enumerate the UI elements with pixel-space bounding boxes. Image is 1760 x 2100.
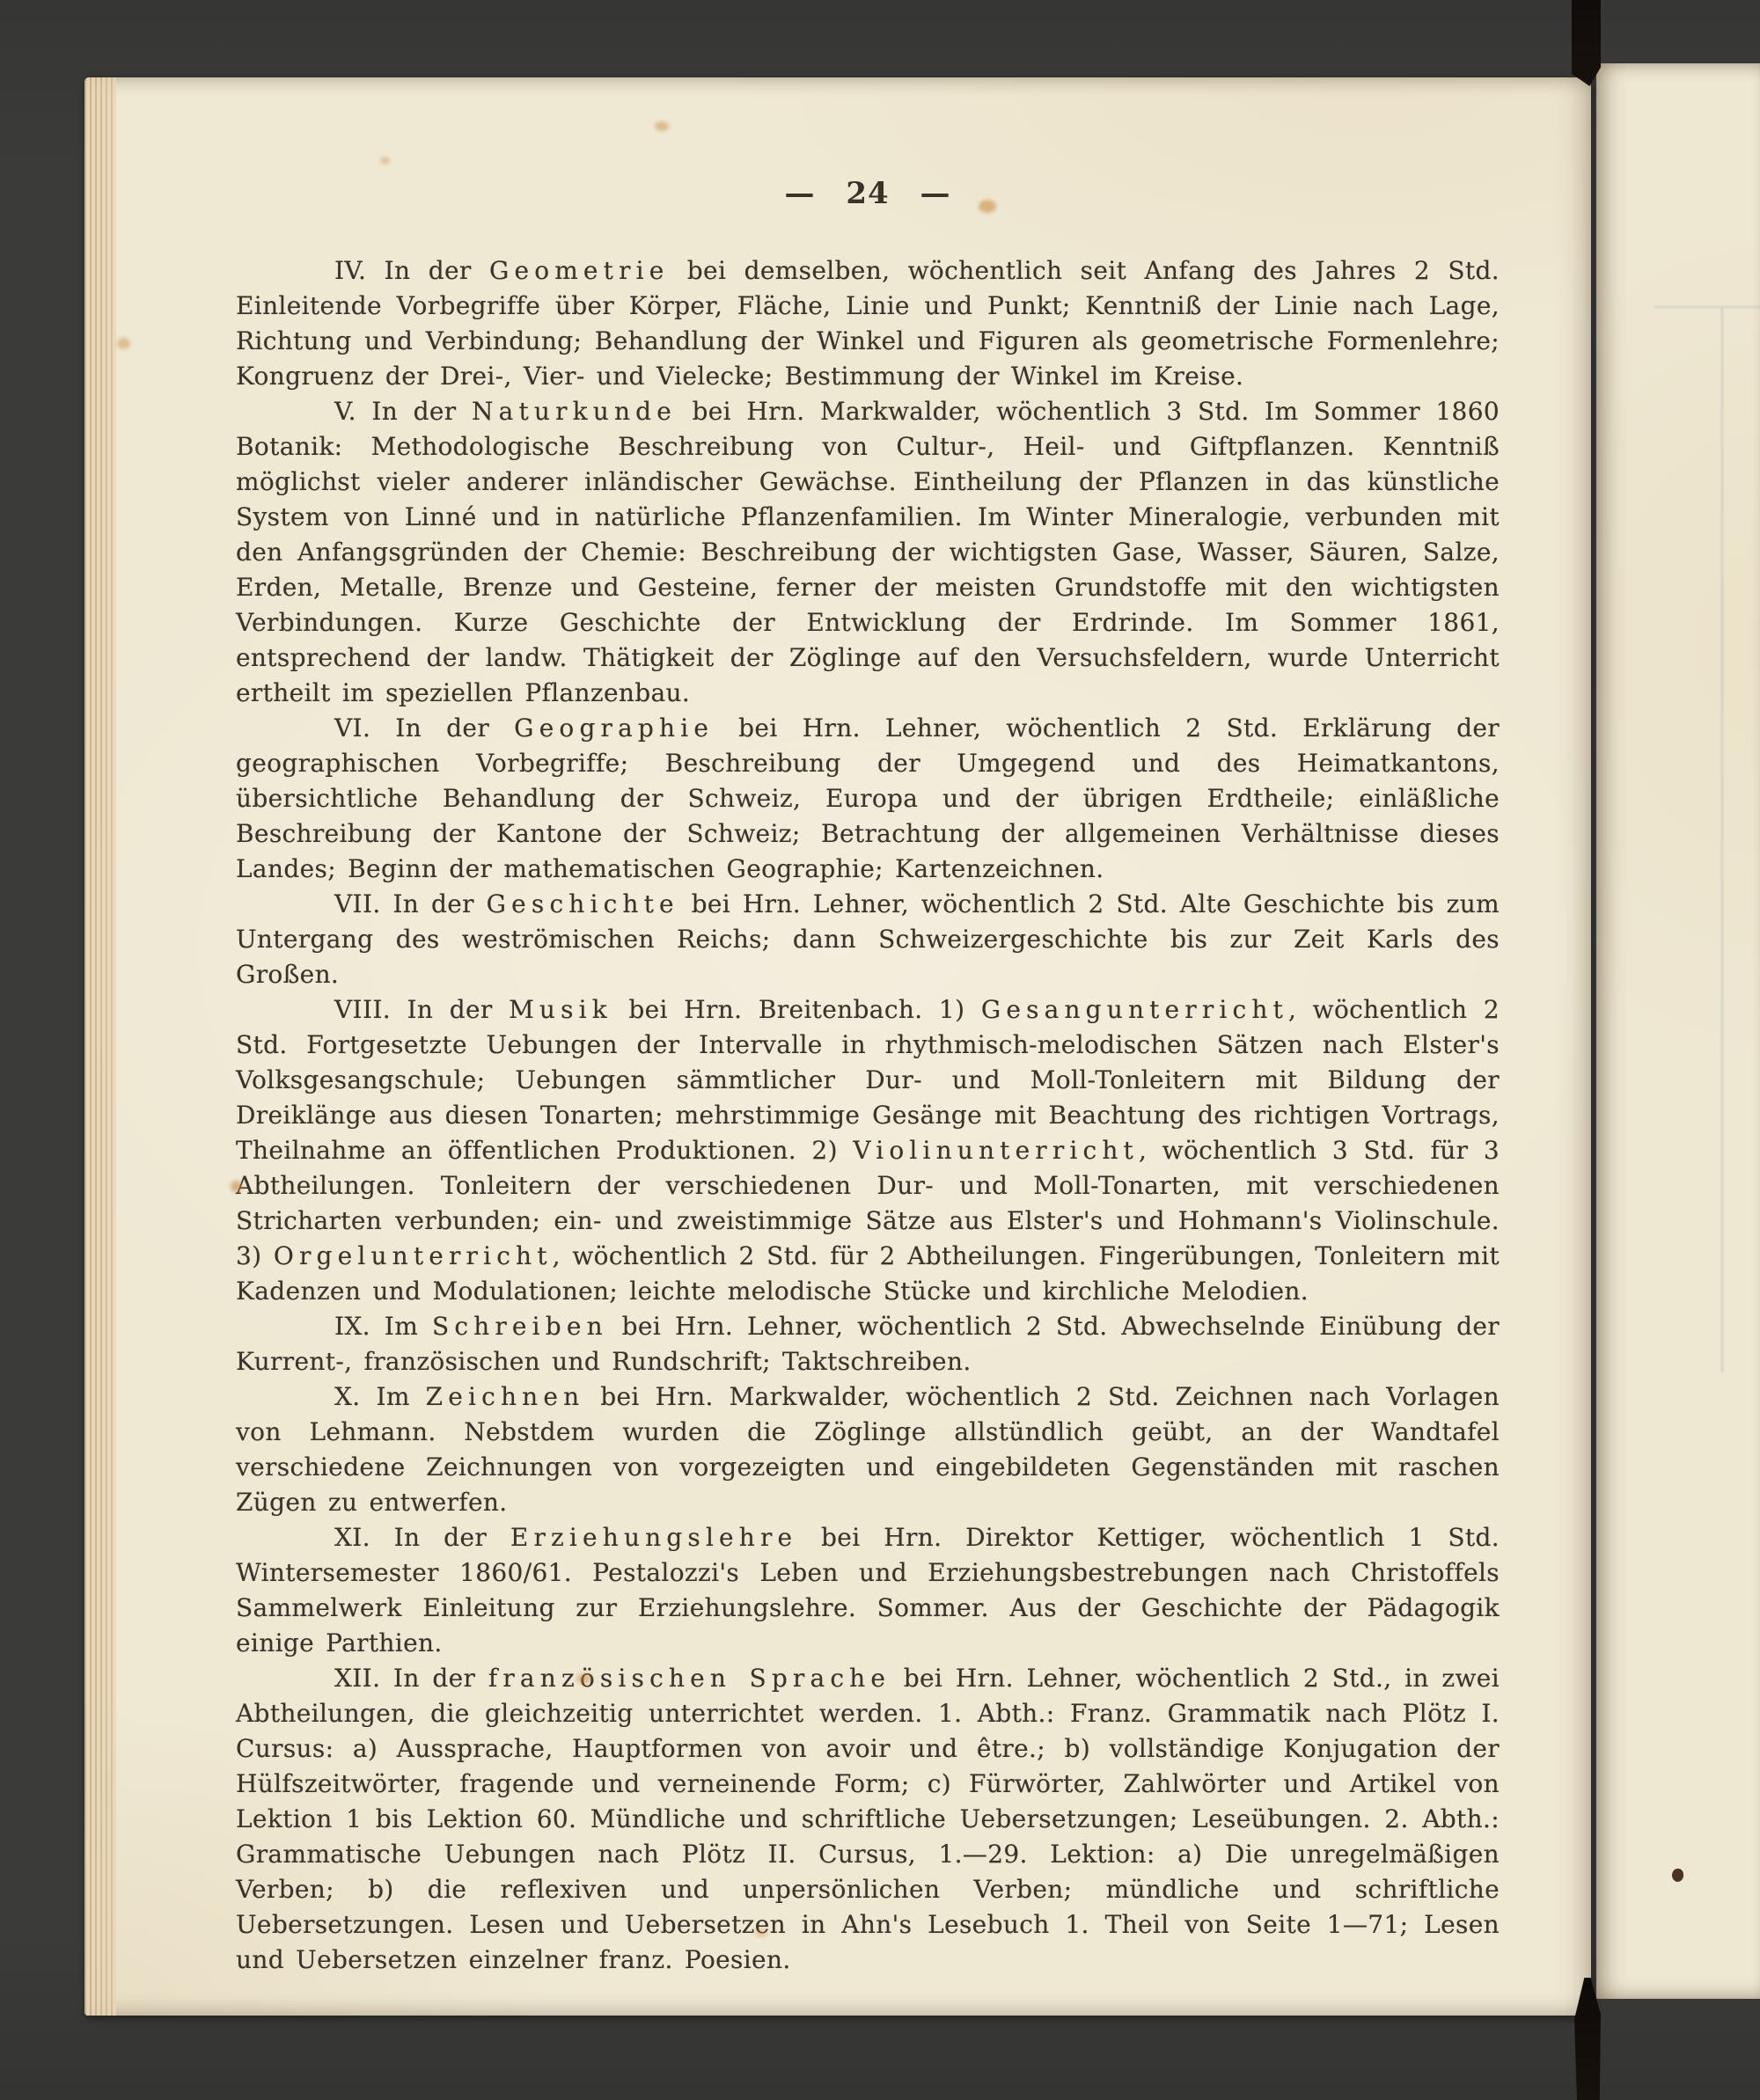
- paragraph: X. Im Zeichnen bei Hrn. Markwalder, wöch…: [236, 1379, 1500, 1520]
- subject-term: Zeichnen: [426, 1382, 585, 1411]
- subject-term: Musik: [509, 995, 612, 1024]
- text-run: VIII. In der: [334, 995, 509, 1024]
- subject-term: Naturkunde: [472, 397, 677, 426]
- paragraph: V. In der Naturkunde bei Hrn. Markwalder…: [236, 394, 1500, 711]
- text-run: V. In der: [334, 397, 472, 426]
- foxing-spot: [576, 1673, 591, 1684]
- show-through-table-line: [1654, 306, 1760, 308]
- foxing-spot: [755, 1928, 767, 1937]
- subject-term: Geometrie: [489, 256, 670, 285]
- text-run: XI. In der: [334, 1523, 510, 1552]
- subject-term: Schreiben: [432, 1312, 608, 1341]
- paragraph: VIII. In der Musik bei Hrn. Breitenbach.…: [236, 992, 1500, 1309]
- foxing-spot: [979, 200, 996, 213]
- book-scan: — 24 — IV. In der Geometrie bei demselbe…: [0, 0, 1760, 2100]
- text-run: bei Hrn. Lehner, wöchentlich 2 Std., in …: [236, 1664, 1500, 1974]
- paragraph: IV. In der Geometrie bei demselben, wöch…: [236, 253, 1500, 394]
- ink-spot: [1672, 1869, 1683, 1882]
- subject-term: Erziehungslehre: [510, 1523, 797, 1552]
- page-stack-edge: [84, 77, 116, 2016]
- paragraph: IX. Im Schreiben bei Hrn. Lehner, wöchen…: [236, 1309, 1500, 1379]
- text-run: IX. Im: [334, 1312, 432, 1341]
- subject-term: Violinunterricht: [853, 1136, 1139, 1165]
- bookmark-ribbon-top-icon: [1572, 0, 1601, 86]
- foxing-spot: [380, 157, 390, 165]
- paragraph: XII. In der französischen Sprache bei Hr…: [236, 1661, 1500, 1978]
- subject-term: Orgelunterricht: [274, 1241, 553, 1270]
- paragraph: VII. In der Geschichte bei Hrn. Lehner, …: [236, 887, 1500, 992]
- foxing-spot: [231, 1181, 242, 1192]
- text-run: IV. In der: [334, 256, 489, 285]
- show-through-table-line: [1721, 308, 1723, 1372]
- foxing-spot: [117, 338, 130, 349]
- text-run: XII. In der: [334, 1664, 488, 1693]
- next-page-edge: [1596, 63, 1760, 1999]
- body-paragraphs: IV. In der Geometrie bei demselben, wöch…: [236, 253, 1500, 1978]
- text-run: bei Hrn. Markwalder, wöchentlich 3 Std. …: [236, 397, 1500, 707]
- subject-term: Geographie: [514, 713, 714, 743]
- subject-term: französischen Sprache: [488, 1664, 891, 1693]
- subject-term: Geschichte: [487, 889, 679, 918]
- paragraph: VI. In der Geographie bei Hrn. Lehner, w…: [236, 711, 1500, 887]
- subject-term: Gesangunterricht: [981, 995, 1288, 1024]
- page-number: — 24 —: [236, 176, 1500, 211]
- text-run: VI. In der: [334, 713, 514, 743]
- paragraph: XI. In der Erziehungslehre bei Hrn. Dire…: [236, 1520, 1500, 1661]
- text-run: VII. In der: [334, 889, 487, 918]
- text-run: X. Im: [334, 1382, 426, 1411]
- foxing-spot: [655, 121, 669, 131]
- text-run: bei Hrn. Breitenbach. 1): [612, 995, 981, 1024]
